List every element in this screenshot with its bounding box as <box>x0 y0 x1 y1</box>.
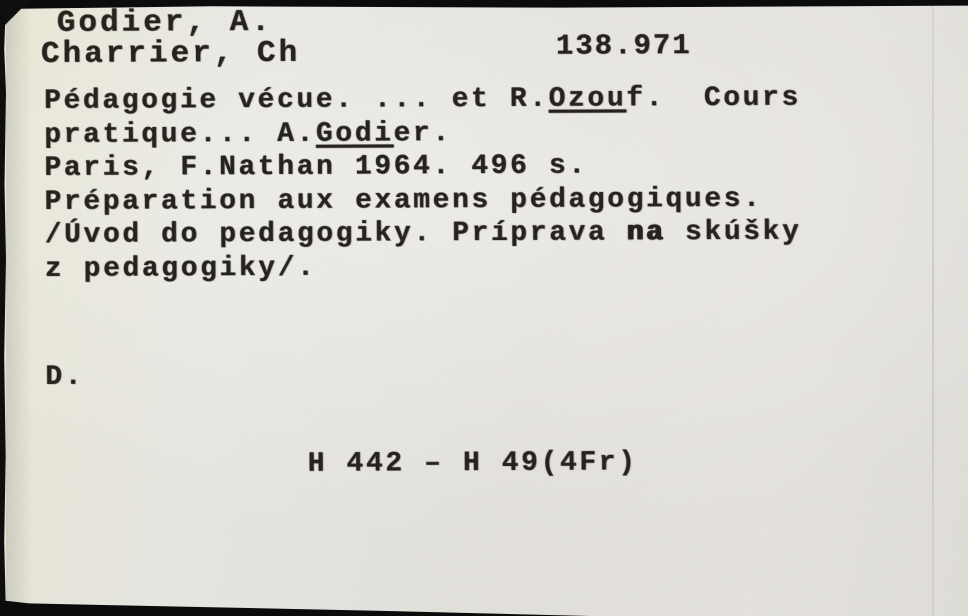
body-text: f. Cours <box>626 83 801 115</box>
body-text: Préparation aux examens pédagogiques. <box>45 184 763 218</box>
body-line: z pedagogiky/. <box>45 250 802 287</box>
catalog-card: Godier, A. Charrier, Ch 138.971 Pédagogi… <box>0 0 968 616</box>
body-line: Préparation aux examens pédagogiques. <box>45 182 802 219</box>
body-text: Pédagogie vécue. ... et R. <box>44 84 549 117</box>
body-line: pratique... A.Godier. <box>44 115 801 152</box>
typed-text-layer: Godier, A. Charrier, Ch 138.971 Pédagogi… <box>0 0 968 616</box>
body-text: z pedagogiky/. <box>45 253 317 285</box>
series-letter: D. <box>45 362 84 393</box>
body-text: skúšky <box>666 217 802 249</box>
call-number: 138.971 <box>556 29 692 64</box>
author-heading-secondary: Charrier, Ch <box>41 37 300 72</box>
underlined-name: Godi <box>316 118 394 149</box>
body-line: Paris, F.Nathan 1964. 496 s. <box>44 149 801 186</box>
body-text: pratique... A. <box>44 118 316 150</box>
body-text: er. <box>394 118 452 149</box>
body-line: /Úvod do pedagogiky. Príprava na skúšky <box>45 216 802 253</box>
bibliographic-description: Pédagogie vécue. ... et R.Ozouf. Courspr… <box>44 82 802 287</box>
underlined-name: Ozou <box>549 83 627 114</box>
overstruck-word: na <box>627 218 666 249</box>
body-line: Pédagogie vécue. ... et R.Ozouf. Cours <box>44 82 801 119</box>
body-text: Paris, F.Nathan 1964. 496 s. <box>44 151 587 184</box>
shelf-mark: H 442 – H 49(4Fr) <box>308 447 638 479</box>
body-text: /Úvod do pedagogiky. Príprava <box>45 218 627 252</box>
